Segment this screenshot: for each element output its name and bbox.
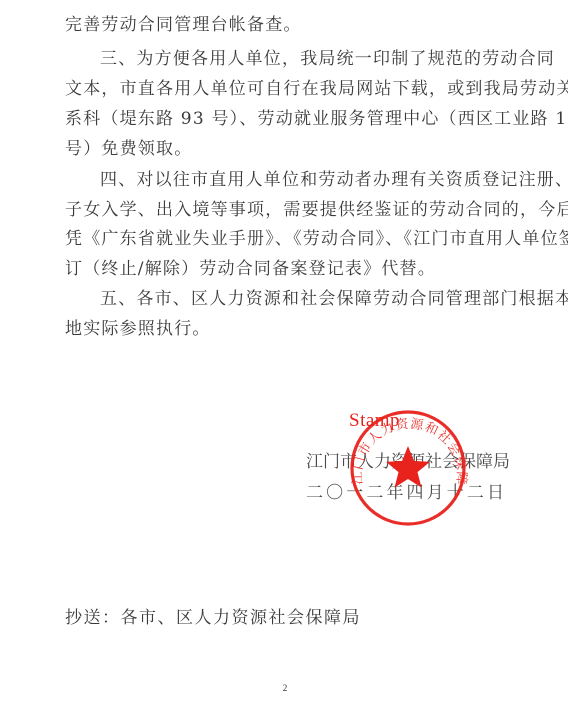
page-number: 2 <box>280 683 290 693</box>
document-page: 完善劳动合同管理台帐备查。 三、为方便各用人单位，我局统一印制了规范的劳动合同 … <box>0 0 568 710</box>
body-line-6: 四、对以往市直用人单位和劳动者办理有关资质登记注册、 <box>100 169 505 191</box>
body-line-5: 号）免费领取。 <box>65 138 192 160</box>
body-line-8: 凭《广东省就业失业手册》、《劳动合同》、《江门市直用人单位签 <box>65 228 505 250</box>
body-line-9: 订（终止/解除）劳动合同备案登记表》代替。 <box>65 258 436 280</box>
body-line-11: 地实际参照执行。 <box>65 318 211 340</box>
body-line-1: 完善劳动合同管理台帐备查。 <box>65 14 302 36</box>
stamp-label: Stamp <box>349 410 400 432</box>
cc-recipients: 抄送：各市、区人力资源社会保障局 <box>65 607 361 629</box>
body-line-10: 五、各市、区人力资源和社会保障劳动合同管理部门根据本 <box>100 288 505 310</box>
signature-organization: 江门市人力资源社会保障局 <box>306 451 504 473</box>
body-line-2: 三、为方便各用人单位，我局统一印制了规范的劳动合同 <box>100 48 505 70</box>
body-line-4: 系科（堤东路 93 号）、劳动就业服务管理中心（西区工业路 12 <box>65 108 505 130</box>
body-line-7: 子女入学、出入境等事项，需要提供经鉴证的劳动合同的，今后 <box>65 199 505 221</box>
body-line-3: 文本，市直各用人单位可自行在我局网站下载，或到我局劳动关 <box>65 78 505 100</box>
signature-date: 二〇一二年四月十二日 <box>306 482 504 504</box>
